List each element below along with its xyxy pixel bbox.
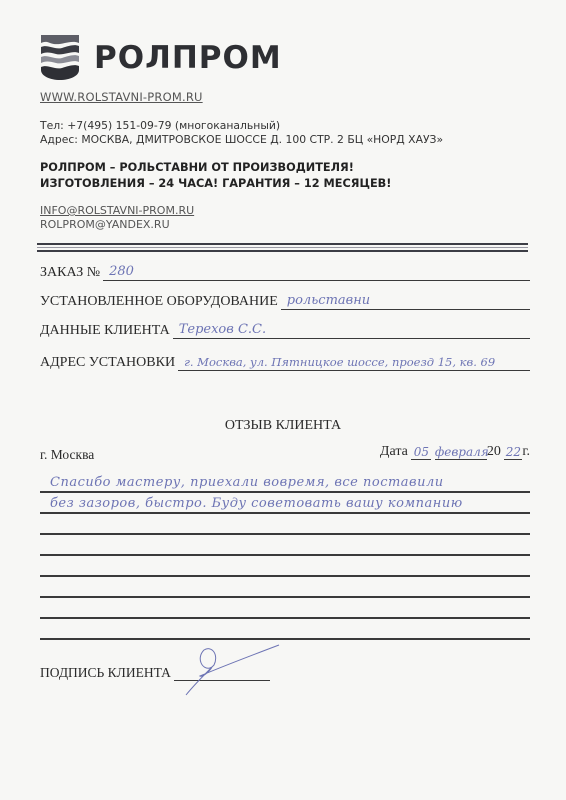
date-year-suffix: 22 <box>504 445 522 460</box>
client-data-label: ДАННЫЕ КЛИЕНТА <box>40 323 173 339</box>
review-line <box>40 514 530 535</box>
review-line <box>40 535 530 556</box>
company-address: Адрес: МОСКВА, ДМИТРОВСКОЕ ШОССЕ Д. 100 … <box>40 133 443 147</box>
client-data-field: ДАННЫЕ КЛИЕНТА Терехов С.С. <box>40 320 530 339</box>
review-line <box>40 598 530 619</box>
date-month: февраля <box>435 445 487 460</box>
date-year-prefix: 20 <box>487 444 501 460</box>
phone-number: Тел: +7(495) 151-09-79 (многоканальный) <box>40 119 443 133</box>
header-separator <box>37 243 528 254</box>
slogan: РОЛПРОМ – РОЛЬСТАВНИ ОТ ПРОИЗВОДИТЕЛЯ! И… <box>40 160 391 192</box>
emails: INFO@ROLSTAVNI-PROM.RU ROLPROM@YANDEX.RU <box>40 204 194 232</box>
review-line <box>40 577 530 598</box>
client-data-value: Терехов С.С. <box>179 322 266 337</box>
equipment-label: УСТАНОВЛЕННОЕ ОБОРУДОВАНИЕ <box>40 294 281 310</box>
signature-label: ПОДПИСЬ КЛИЕНТА <box>40 665 171 681</box>
order-number-label: ЗАКАЗ № <box>40 265 103 281</box>
website-link[interactable]: WWW.ROLSTAVNI-PROM.RU <box>40 90 203 104</box>
equipment-field: УСТАНОВЛЕННОЕ ОБОРУДОВАНИЕ рольставни <box>40 291 530 310</box>
wave-shield-icon <box>40 34 80 81</box>
install-address-value: г. Москва, ул. Пятницкое шоссе, проезд 1… <box>184 355 495 369</box>
review-lines: Спасибо мастеру, приехали вовремя, все п… <box>40 472 530 640</box>
handwritten-signature-icon <box>174 640 284 700</box>
review-title: ОТЗЫВ КЛИЕНТА <box>0 418 566 434</box>
order-number-field: ЗАКАЗ № 280 <box>40 262 530 281</box>
company-logo: РОЛПРОМ <box>40 34 282 81</box>
install-address-label: АДРЕС УСТАНОВКИ <box>40 355 178 371</box>
review-line: без зазоров, быстро. Буду советовать ваш… <box>40 493 530 514</box>
date-day: 05 <box>411 445 431 460</box>
date-label: Дата <box>380 444 408 460</box>
date-suffix: г. <box>522 444 530 460</box>
contact-info: Тел: +7(495) 151-09-79 (многоканальный) … <box>40 119 443 147</box>
signature-field: ПОДПИСЬ КЛИЕНТА <box>40 662 270 681</box>
email-secondary: ROLPROM@YANDEX.RU <box>40 218 194 232</box>
order-number-value: 280 <box>109 264 134 279</box>
email-primary-link[interactable]: INFO@ROLSTAVNI-PROM.RU <box>40 204 194 218</box>
equipment-value: рольставни <box>287 293 370 308</box>
review-city: г. Москва <box>40 447 94 463</box>
slogan-line-2: ИЗГОТОВЛЕНИЯ – 24 ЧАСА! ГАРАНТИЯ – 12 МЕ… <box>40 176 391 192</box>
brand-name: РОЛПРОМ <box>94 40 282 76</box>
install-address-field: АДРЕС УСТАНОВКИ г. Москва, ул. Пятницкое… <box>40 352 530 371</box>
review-line: Спасибо мастеру, приехали вовремя, все п… <box>40 472 530 493</box>
review-date: Дата 05 февраля 20 22 г. <box>380 444 530 460</box>
review-line <box>40 556 530 577</box>
review-line <box>40 619 530 640</box>
slogan-line-1: РОЛПРОМ – РОЛЬСТАВНИ ОТ ПРОИЗВОДИТЕЛЯ! <box>40 160 391 176</box>
